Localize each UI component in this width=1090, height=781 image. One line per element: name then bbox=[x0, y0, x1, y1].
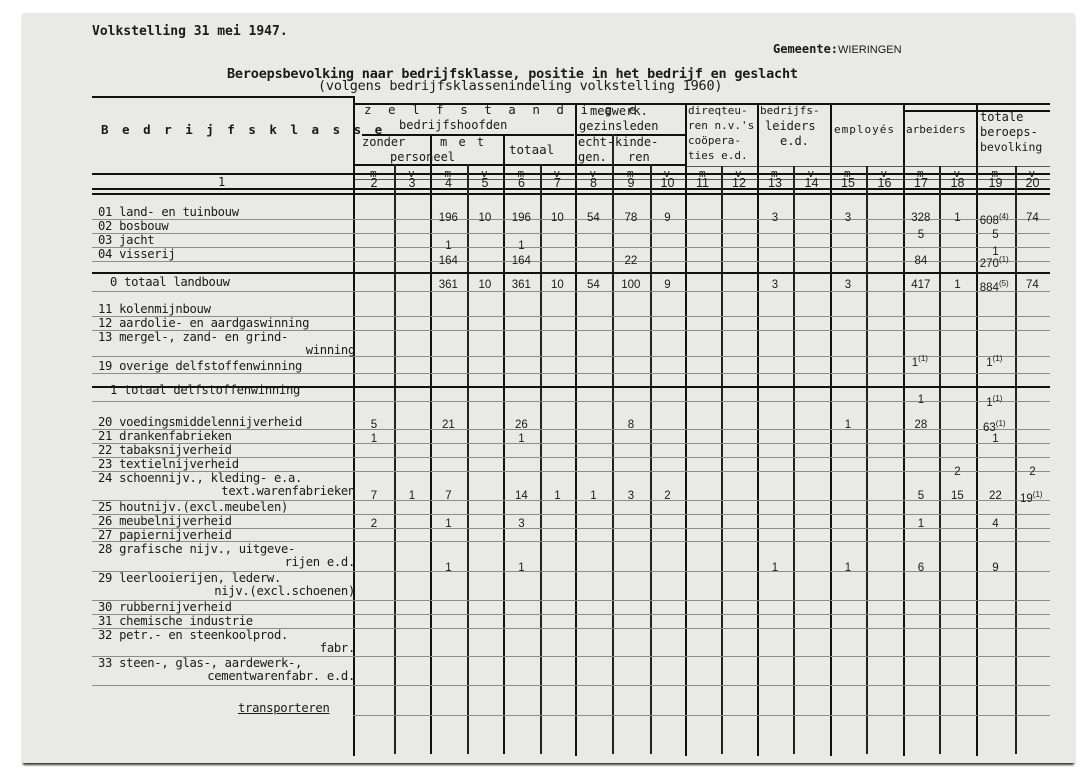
row-label: 29 leerlooierijen, lederw. bbox=[98, 571, 281, 585]
row-label: 25 houtnijv.(excl.meubelen) bbox=[98, 500, 288, 514]
cell-value: 9 bbox=[664, 212, 670, 224]
data-cell: 164 bbox=[512, 255, 531, 267]
cell-value: 100 bbox=[621, 279, 640, 291]
row-label-continued: nijv.(excl.schoenen) bbox=[214, 584, 355, 598]
data-cell: 54 bbox=[587, 279, 600, 291]
municipality-label: Gemeente: bbox=[773, 42, 838, 56]
row-label: 32 petr.- en steenkoolprod. bbox=[98, 628, 288, 642]
cell-value: 196 bbox=[512, 212, 531, 224]
row-label: 1 totaal delfstoffenwinning bbox=[110, 383, 300, 397]
column-number: 20 bbox=[1026, 176, 1040, 190]
cell-value: 1 bbox=[518, 240, 524, 252]
data-cell: 26 bbox=[515, 419, 528, 431]
totale-header: totale bbox=[980, 111, 1023, 123]
cell-value: 22 bbox=[989, 490, 1002, 502]
cell-value: 2 bbox=[1029, 466, 1035, 478]
row-label: 19 overige delfstoffenwinning bbox=[98, 359, 302, 373]
cell-value: 1 bbox=[918, 394, 924, 406]
cell-value: 3 bbox=[772, 212, 778, 224]
data-cell: 7 bbox=[445, 490, 451, 502]
row-label: 11 kolenmijnbouw bbox=[98, 302, 211, 316]
data-cell: 1 bbox=[992, 433, 998, 445]
cell-value: 19 bbox=[1020, 493, 1033, 505]
data-cell: 22 bbox=[625, 255, 638, 267]
data-cell: 4 bbox=[992, 518, 998, 530]
data-cell: 100 bbox=[621, 279, 640, 291]
cell-value: 328 bbox=[911, 212, 930, 224]
cell-value: 54 bbox=[587, 212, 600, 224]
data-cell: 1 bbox=[371, 433, 377, 445]
data-cell: 1 bbox=[518, 240, 524, 252]
cell-value: 884 bbox=[980, 282, 999, 294]
data-cell: 10 bbox=[479, 212, 492, 224]
column-number: 15 bbox=[841, 176, 855, 190]
row-label: 26 meubelnijverheid bbox=[98, 514, 232, 528]
totaal-header: totaal bbox=[509, 144, 554, 156]
data-cell: 19(1) bbox=[1020, 490, 1043, 505]
column-number: 12 bbox=[732, 176, 746, 190]
footnote-marker: (1) bbox=[918, 354, 928, 363]
cell-value: 196 bbox=[439, 212, 458, 224]
cell-value: 10 bbox=[479, 212, 492, 224]
data-cell: 9 bbox=[664, 212, 670, 224]
row-label-continued: fabr. bbox=[320, 641, 355, 655]
municipality-value: WIERINGEN bbox=[838, 44, 902, 56]
row-label: 27 papiernijverheid bbox=[98, 528, 232, 542]
cell-value: 1 bbox=[518, 433, 524, 445]
cell-value: 10 bbox=[551, 279, 564, 291]
cell-value: 270 bbox=[980, 258, 999, 270]
data-cell: 417 bbox=[911, 279, 930, 291]
municipality: Gemeente:WIERINGEN bbox=[773, 42, 902, 56]
column-number: 17 bbox=[914, 176, 928, 190]
document-title: Volkstelling 31 mei 1947. bbox=[92, 24, 288, 39]
cell-value: 21 bbox=[442, 419, 455, 431]
column-number: 9 bbox=[628, 176, 635, 190]
data-cell: 21 bbox=[442, 419, 455, 431]
cell-value: 1 bbox=[445, 518, 451, 530]
cell-value: 26 bbox=[515, 419, 528, 431]
data-cell: 9 bbox=[992, 562, 998, 574]
cell-value: 1 bbox=[772, 562, 778, 574]
row-label-continued: rijen e.d. bbox=[285, 555, 355, 569]
cell-value: 10 bbox=[551, 212, 564, 224]
data-cell: 1 bbox=[554, 490, 560, 502]
echtgen-header: echt- bbox=[578, 136, 614, 148]
row-label-continued: cementwarenfabr. e.d. bbox=[207, 669, 355, 683]
totale-header-2: beroeps- bbox=[980, 126, 1038, 138]
data-cell: 22 bbox=[989, 490, 1002, 502]
data-cell: 1 bbox=[918, 394, 924, 406]
data-cell: 8 bbox=[628, 419, 634, 431]
cell-value: 2 bbox=[371, 518, 377, 530]
cell-value: 1 bbox=[845, 562, 851, 574]
cell-value: 7 bbox=[371, 490, 377, 502]
data-cell: 74 bbox=[1026, 212, 1039, 224]
data-cell: 1(1) bbox=[986, 354, 1002, 369]
data-cell: 74 bbox=[1026, 279, 1039, 291]
table-subtitle-2: (volgens bedrijfsklassenindeling volkste… bbox=[318, 78, 722, 94]
bedrijfsleiders-header-2: leiders bbox=[765, 120, 816, 132]
directeuren-header: direqteu- bbox=[688, 105, 748, 117]
column-number: 2 bbox=[371, 176, 378, 190]
employes-header: employés bbox=[834, 124, 895, 136]
data-cell: 328 bbox=[911, 212, 930, 224]
data-cell: 1 bbox=[518, 562, 524, 574]
zonder-header: zonder bbox=[362, 136, 405, 148]
column-number: 8 bbox=[590, 176, 597, 190]
data-cell: 1 bbox=[918, 518, 924, 530]
cell-value: 1 bbox=[445, 240, 451, 252]
column-number: 11 bbox=[696, 176, 709, 190]
cell-value: 74 bbox=[1026, 279, 1039, 291]
footnote-marker: (1) bbox=[999, 255, 1009, 264]
data-cell: 2 bbox=[664, 490, 670, 502]
row-label: 24 schoennijv., kleding- e.a. bbox=[98, 471, 302, 485]
data-cell: 5 bbox=[371, 419, 377, 431]
bedrijfsklasse-header: B e d r i j f s k l a s s e bbox=[101, 122, 385, 137]
cell-value: 608 bbox=[980, 215, 999, 227]
data-cell: 5 bbox=[918, 229, 924, 241]
data-cell: 164 bbox=[439, 255, 458, 267]
row-label-continued: text.warenfabrieken bbox=[221, 484, 355, 498]
data-cell: 1(1) bbox=[912, 354, 928, 369]
cell-value: 5 bbox=[371, 419, 377, 431]
column-number: 6 bbox=[518, 176, 525, 190]
data-cell: 361 bbox=[512, 279, 531, 291]
cell-value: 3 bbox=[845, 212, 851, 224]
data-cell: 28 bbox=[915, 419, 928, 431]
cell-value: 1 bbox=[518, 562, 524, 574]
row-label: 13 mergel-, zand- en grind- bbox=[98, 330, 288, 344]
gezinsleden-header: gezinsleden bbox=[579, 120, 658, 132]
column-number: 18 bbox=[951, 176, 965, 190]
row-label: 02 bosbouw bbox=[98, 219, 168, 233]
column-number: 13 bbox=[768, 176, 782, 190]
row-label: 33 steen-, glas-, aardewerk-, bbox=[98, 656, 302, 670]
cell-value: 1 bbox=[409, 490, 415, 502]
data-cell: 54 bbox=[587, 212, 600, 224]
data-cell: 3 bbox=[628, 490, 634, 502]
data-cell: 608(4) bbox=[980, 212, 1009, 227]
data-cell: 1 bbox=[845, 562, 851, 574]
cell-value: 15 bbox=[951, 490, 964, 502]
kinderen-header-2: ren bbox=[628, 151, 650, 163]
footnote-marker: (1) bbox=[993, 394, 1003, 403]
column-number: 4 bbox=[445, 176, 452, 190]
row-label: 28 grafische nijv., uitgeve- bbox=[98, 542, 295, 556]
cell-value: 4 bbox=[992, 518, 998, 530]
cell-value: 9 bbox=[992, 562, 998, 574]
cell-value: 8 bbox=[628, 419, 634, 431]
data-cell: 1 bbox=[445, 562, 451, 574]
data-cell: 1(1) bbox=[986, 394, 1002, 409]
cell-value: 361 bbox=[512, 279, 531, 291]
bedrijfsleiders-header-3: e.d. bbox=[780, 135, 809, 147]
data-cell: 1 bbox=[445, 240, 451, 252]
cell-value: 5 bbox=[918, 490, 924, 502]
data-cell: 1 bbox=[954, 279, 960, 291]
personeel-header: personeel bbox=[390, 151, 455, 163]
data-cell: 10 bbox=[551, 279, 564, 291]
met-header: m e t bbox=[440, 136, 486, 148]
data-cell: 3 bbox=[518, 518, 524, 530]
cell-value: 1 bbox=[954, 212, 960, 224]
directeuren-header-2: ren n.v.'s bbox=[688, 120, 754, 132]
data-cell: 1 bbox=[518, 433, 524, 445]
cell-value: 22 bbox=[625, 255, 638, 267]
data-cell: 196 bbox=[439, 212, 458, 224]
cell-value: 54 bbox=[587, 279, 600, 291]
cell-value: 3 bbox=[628, 490, 634, 502]
data-cell: 196 bbox=[512, 212, 531, 224]
cell-value: 2 bbox=[954, 466, 960, 478]
footnote-marker: (5) bbox=[999, 279, 1009, 288]
data-cell: 3 bbox=[772, 212, 778, 224]
cell-value: 1 bbox=[590, 490, 596, 502]
cell-value: 2 bbox=[664, 490, 670, 502]
directeuren-header-3: coöpera- bbox=[688, 135, 741, 147]
data-cell: 5 bbox=[992, 229, 998, 241]
row-label: 22 tabaksnijverheid bbox=[98, 443, 232, 457]
data-cell: 3 bbox=[845, 212, 851, 224]
cell-value: 164 bbox=[512, 255, 531, 267]
cell-value: 78 bbox=[625, 212, 638, 224]
data-cell: 84 bbox=[915, 255, 928, 267]
data-cell: 884(5) bbox=[980, 279, 1009, 294]
data-cell: 1 bbox=[954, 212, 960, 224]
arbeiders-header: arbeiders bbox=[906, 124, 966, 136]
data-cell: 9 bbox=[664, 279, 670, 291]
data-cell: 15 bbox=[951, 490, 964, 502]
data-cell: 270(1) bbox=[980, 255, 1009, 270]
row-label: 0 totaal landbouw bbox=[110, 275, 230, 289]
data-cell: 3 bbox=[845, 279, 851, 291]
data-cell: 1 bbox=[845, 419, 851, 431]
data-cell: 10 bbox=[551, 212, 564, 224]
data-cell: 5 bbox=[918, 490, 924, 502]
data-cell: 7 bbox=[371, 490, 377, 502]
row-label: 31 chemische industrie bbox=[98, 614, 253, 628]
data-cell: 63(1) bbox=[983, 419, 1006, 434]
cell-value: 164 bbox=[439, 255, 458, 267]
row-label: 23 textielnijverheid bbox=[98, 457, 239, 471]
cell-value: 1 bbox=[918, 518, 924, 530]
bedrijfsleiders-header: bedrijfs- bbox=[760, 105, 820, 117]
footnote-marker: (1) bbox=[1033, 490, 1043, 499]
data-cell: 78 bbox=[625, 212, 638, 224]
column-number: 16 bbox=[878, 176, 892, 190]
echtgen-header-2: gen. bbox=[578, 151, 607, 163]
data-cell: 1 bbox=[445, 518, 451, 530]
column-number: 3 bbox=[409, 176, 416, 190]
data-cell: 3 bbox=[772, 279, 778, 291]
kinderen-header: kinde- bbox=[615, 136, 658, 148]
row-label-continued: winning bbox=[306, 343, 355, 357]
cell-value: 1 bbox=[992, 433, 998, 445]
cell-value: 10 bbox=[479, 279, 492, 291]
data-cell: 2 bbox=[954, 466, 960, 478]
row-label: 20 voedingsmiddelennijverheid bbox=[98, 415, 302, 429]
cell-value: 1 bbox=[445, 562, 451, 574]
row-label: 30 rubbernijverheid bbox=[98, 600, 232, 614]
footnote-marker: (4) bbox=[999, 212, 1009, 221]
column-number: 14 bbox=[805, 176, 819, 190]
cell-value: 361 bbox=[439, 279, 458, 291]
data-cell: 14 bbox=[515, 490, 528, 502]
footnote-marker: (1) bbox=[996, 419, 1006, 428]
bedrijfshoofden-header: bedrijfshoofden bbox=[399, 119, 507, 131]
row-label: 21 drankenfabrieken bbox=[98, 429, 232, 443]
cell-value: 6 bbox=[918, 562, 924, 574]
cell-value: 1 bbox=[371, 433, 377, 445]
row-label: 04 visserij bbox=[98, 247, 175, 261]
data-cell: 2 bbox=[1029, 466, 1035, 478]
cell-value: 74 bbox=[1026, 212, 1039, 224]
cell-value: 5 bbox=[918, 229, 924, 241]
cell-value: 5 bbox=[992, 229, 998, 241]
cell-value: 28 bbox=[915, 419, 928, 431]
cell-value: 84 bbox=[915, 255, 928, 267]
data-cell: 6 bbox=[918, 562, 924, 574]
cell-value: 1 bbox=[954, 279, 960, 291]
cell-value: 9 bbox=[664, 279, 670, 291]
column-number: 5 bbox=[482, 176, 489, 190]
row-label: 12 aardolie- en aardgaswinning bbox=[98, 316, 309, 330]
row-label: 01 land- en tuinbouw bbox=[98, 205, 239, 219]
cell-value: 3 bbox=[518, 518, 524, 530]
cell-value: 3 bbox=[845, 279, 851, 291]
data-cell: 1 bbox=[772, 562, 778, 574]
cell-value: 1 bbox=[845, 419, 851, 431]
row-label: transporteren bbox=[238, 701, 330, 715]
totale-header-3: bevolking bbox=[980, 141, 1042, 153]
column-number: 7 bbox=[554, 176, 561, 190]
meewerk-header: meewerk. bbox=[590, 105, 648, 117]
cell-value: 14 bbox=[515, 490, 528, 502]
column-number: 19 bbox=[989, 176, 1003, 190]
row-label: 03 jacht bbox=[98, 233, 154, 247]
footnote-marker: (1) bbox=[993, 354, 1003, 363]
column-number: 10 bbox=[661, 176, 675, 190]
data-cell: 361 bbox=[439, 279, 458, 291]
cell-value: 3 bbox=[772, 279, 778, 291]
data-cell: 1 bbox=[409, 490, 415, 502]
cell-value: 1 bbox=[554, 490, 560, 502]
cell-value: 417 bbox=[911, 279, 930, 291]
data-cell: 10 bbox=[479, 279, 492, 291]
data-cell: 1 bbox=[590, 490, 596, 502]
data-cell: 2 bbox=[371, 518, 377, 530]
col-number-1: 1 bbox=[218, 175, 225, 189]
cell-value: 7 bbox=[445, 490, 451, 502]
directeuren-header-4: ties e.d. bbox=[688, 150, 748, 162]
